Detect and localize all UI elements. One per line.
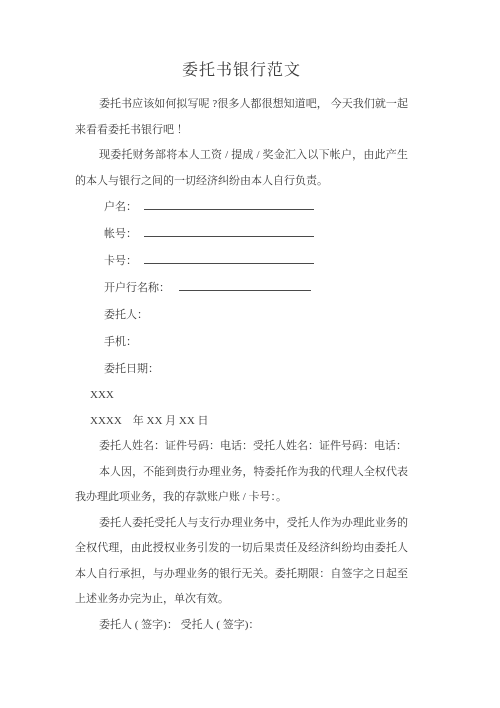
entrust-date-label: 委托日期： — [104, 363, 159, 375]
intro-paragraph: 委托书应该如何拟写呢 ?很多人都很想知道吧， 今天我们就一起来看看委托书银行吧 … — [75, 92, 408, 143]
card-number-label: 卡号： — [104, 255, 137, 267]
field-row-mobile: 手机： — [75, 329, 408, 356]
mobile-label: 手机： — [104, 336, 137, 348]
field-row-principal: 委托人： — [75, 302, 408, 329]
account-number-blank-line — [144, 224, 314, 237]
bank-branch-blank-line — [179, 278, 311, 291]
account-name-blank-line — [144, 197, 314, 210]
document-title: 委托书银行范文 — [75, 61, 408, 80]
field-row-card-number: 卡号： — [75, 248, 408, 275]
field-row-account-name: 户名： — [75, 194, 408, 221]
signature-date-line: XXXX 年 XX 月 XX 日 — [75, 409, 408, 435]
field-row-bank-branch: 开户行名称： — [75, 275, 408, 302]
signature-line: 委托人 ( 签字)： 受托人 ( 签字)： — [75, 613, 408, 639]
card-number-blank-line — [144, 251, 314, 264]
document-page: 委托书银行范文 委托书应该如何拟写呢 ?很多人都很想知道吧， 今天我们就一起来看… — [0, 0, 500, 708]
liability-paragraph: 委托人委托受托人与支行办理业务中，受托人作为办理此业务的全权代理，由此授权业务引… — [75, 511, 408, 613]
field-row-account-number: 帐号： — [75, 221, 408, 248]
bank-branch-label: 开户行名称： — [104, 282, 170, 294]
account-number-label: 帐号： — [104, 228, 137, 240]
parties-info-line: 委托人姓名：证件号码：电话：受托人姓名：证件号码：电话： — [75, 434, 408, 460]
field-row-entrust-date: 委托日期： — [75, 356, 408, 383]
delegation-paragraph: 本人因，不能到贵行办理业务，特委托作为我的代理人全权代表我办理此项业务，我的存款… — [75, 460, 408, 511]
salary-transfer-paragraph: 现委托财务部将本人工资 / 提成 / 奖金汇入以下帐户，由此产生的本人与银行之间… — [75, 143, 408, 194]
principal-label: 委托人： — [104, 309, 148, 321]
signer-name-line: XXX — [75, 383, 408, 409]
account-name-label: 户名： — [104, 201, 137, 213]
